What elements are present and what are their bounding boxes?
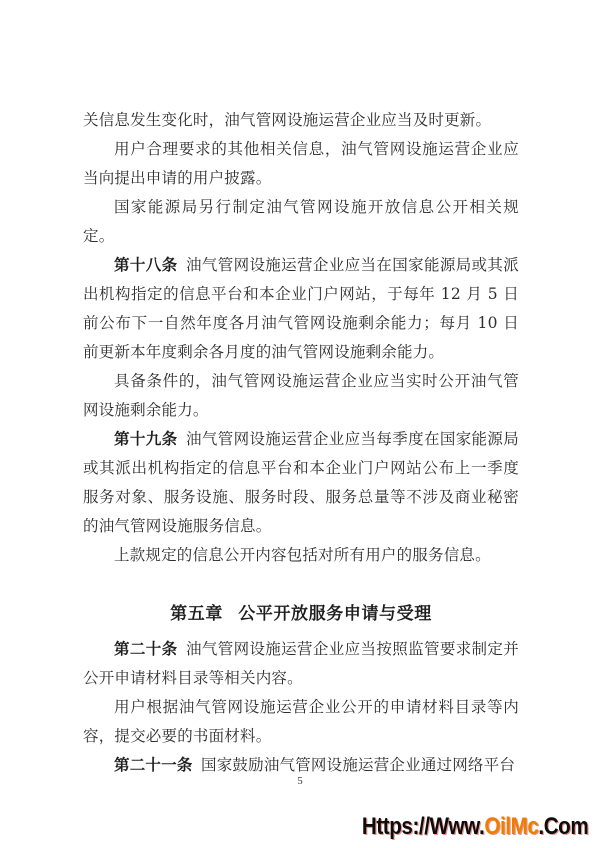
paragraph: 国家能源局另行制定油气管网设施开放信息公开相关规定。 [83,193,519,251]
chapter-number: 第五章 [170,604,223,623]
text-run: 用户合理要求的其他相关信息，油气管网设施运营企业应当向提出申请的用户披露。 [83,140,519,187]
article-number: 第二十一条 [114,757,193,774]
paragraph: 具备条件的，油气管网设施运营企业应当实时公开油气管网设施剩余能力。 [83,367,519,425]
watermark-brand: OilMc [484,813,538,840]
text-run: 具备条件的，油气管网设施运营企业应当实时公开油气管网设施剩余能力。 [83,372,519,419]
document-page: 关信息发生变化时，油气管网设施运营企业应当及时更新。用户合理要求的其他相关信息，… [0,0,600,848]
article-paragraph: 第二十条油气管网设施运营企业应当按照监管要求制定并公开申请材料目录等相关内容。 [83,635,519,693]
watermark-prefix: Https://Www. [362,813,484,840]
paragraph: 上款规定的信息公开内容包括对所有用户的服务信息。 [83,541,519,570]
article-paragraph: 第十八条油气管网设施运营企业应当在国家能源局或其派出机构指定的信息平台和本企业门… [83,251,519,367]
text-run: 用户根据油气管网设施运营企业公开的申请材料目录等内容，提交必要的书面材料。 [83,698,519,745]
article-number: 第十八条 [114,257,177,274]
text-run: 上款规定的信息公开内容包括对所有用户的服务信息。 [114,546,491,564]
watermark-suffix: .Com [538,813,588,840]
article-paragraph: 第十九条油气管网设施运营企业应当每季度在国家能源局或其派出机构指定的信息平台和本… [83,425,519,541]
article-number: 第十九条 [114,431,177,448]
paragraph: 用户合理要求的其他相关信息，油气管网设施运营企业应当向提出申请的用户披露。 [83,135,519,193]
text-run: 公平开放服务申请与受理 [238,604,432,623]
document-body: 关信息发生变化时，油气管网设施运营企业应当及时更新。用户合理要求的其他相关信息，… [83,106,519,780]
text-run: 国家鼓励油气管网设施运营企业通过网络平台 [201,756,515,774]
chapter-heading: 第五章公平开放服务申请与受理 [83,599,519,628]
text-run: 国家能源局另行制定油气管网设施开放信息公开相关规定。 [83,198,519,245]
paragraph: 用户根据油气管网设施运营企业公开的申请材料目录等内容，提交必要的书面材料。 [83,693,519,751]
text-run: 关信息发生变化时，油气管网设施运营企业应当及时更新。 [83,111,491,129]
page-number: 5 [0,775,600,787]
paragraph: 关信息发生变化时，油气管网设施运营企业应当及时更新。 [83,106,519,135]
article-number: 第二十条 [114,641,177,658]
watermark-url: Https://Www.OilMc.Com [362,813,588,841]
